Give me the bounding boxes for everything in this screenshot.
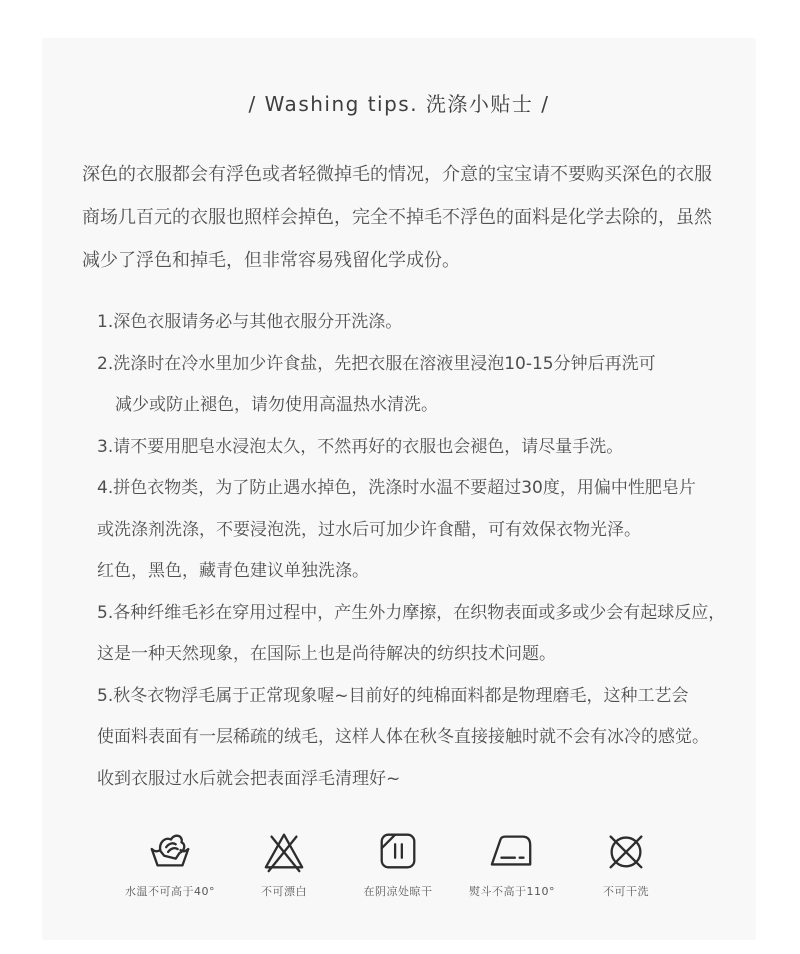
tip-line: 这是一种天然现象，在国际上也是尚待解决的纺织技术问题。: [97, 634, 756, 676]
tip-line: 4.拼色衣物类，为了防止遇水掉色，洗涤时水温不要超过30度，用偏中性肥皂片: [97, 468, 756, 510]
no-dry-clean-icon: [603, 828, 649, 874]
intro-line: 深色的衣服都会有浮色或者轻微掉毛的情况，介意的宝宝请不要购买深色的衣服: [82, 153, 756, 196]
tip-line: 1.深色衣服请务必与其他衣服分开洗涤。: [97, 302, 756, 344]
care-label-shade-dry: 在阴凉处晾干: [364, 883, 433, 899]
intro-line: 商场几百元的衣服也照样会掉色，完全不掉毛不浮色的面料是化学去除的，虽然: [82, 196, 756, 239]
page-title: / Washing tips. 洗涤小贴士 /: [42, 88, 756, 117]
tip-line: 2.洗涤时在冷水里加少许食盐，先把衣服在溶液里浸泡10-15分钟后再洗可: [97, 344, 756, 386]
care-item-hand-wash: 水温不可高于40°: [113, 828, 227, 899]
care-label-no-dry-clean: 不可干洗: [603, 883, 649, 899]
tip-line: 5.各种纤维毛衫在穿用过程中，产生外力摩擦，在织物表面或多或少会有起球反应，: [97, 593, 756, 635]
hand-wash-icon: [147, 828, 193, 874]
care-symbols-row: 水温不可高于40° 不可漂白 在阴凉处晾干: [113, 828, 683, 899]
iron-low-heat-icon: [489, 828, 535, 874]
washing-tips-card: / Washing tips. 洗涤小贴士 / 深色的衣服都会有浮色或者轻微掉毛…: [42, 38, 756, 940]
intro-paragraph: 深色的衣服都会有浮色或者轻微掉毛的情况，介意的宝宝请不要购买深色的衣服 商场几百…: [82, 153, 756, 282]
tip-line: 5.秋冬衣物浮毛属于正常现象喔~目前好的纯棉面料都是物理磨毛，这种工艺会: [97, 676, 756, 718]
care-item-iron-low-heat: 熨斗不高于110°: [455, 828, 569, 899]
shade-dry-icon: [375, 828, 421, 874]
tips-list: 1.深色衣服请务必与其他衣服分开洗涤。 2.洗涤时在冷水里加少许食盐，先把衣服在…: [97, 302, 756, 800]
care-label-iron-low-heat: 熨斗不高于110°: [469, 883, 555, 899]
care-label-no-bleach: 不可漂白: [261, 883, 307, 899]
tip-line: 使面料表面有一层稀疏的绒毛，这样人体在秋冬直接接触时就不会有冰冷的感觉。: [97, 717, 756, 759]
tip-line: 或洗涤剂洗涤，不要浸泡洗，过水后可加少许食醋，可有效保衣物光泽。: [97, 510, 756, 552]
care-item-shade-dry: 在阴凉处晾干: [341, 828, 455, 899]
care-item-no-bleach: 不可漂白: [227, 828, 341, 899]
tip-line: 3.请不要用肥皂水浸泡太久，不然再好的衣服也会褪色，请尽量手洗。: [97, 427, 756, 469]
tip-line: 减少或防止褪色，请勿使用高温热水清洗。: [97, 385, 756, 427]
intro-line: 减少了浮色和掉毛，但非常容易残留化学成份。: [82, 239, 756, 282]
care-item-no-dry-clean: 不可干洗: [569, 828, 683, 899]
care-label-hand-wash: 水温不可高于40°: [125, 883, 215, 899]
tip-line: 红色，黑色，藏青色建议单独洗涤。: [97, 551, 756, 593]
tip-line: 收到衣服过水后就会把表面浮毛清理好~: [97, 759, 756, 801]
no-bleach-icon: [261, 828, 307, 874]
